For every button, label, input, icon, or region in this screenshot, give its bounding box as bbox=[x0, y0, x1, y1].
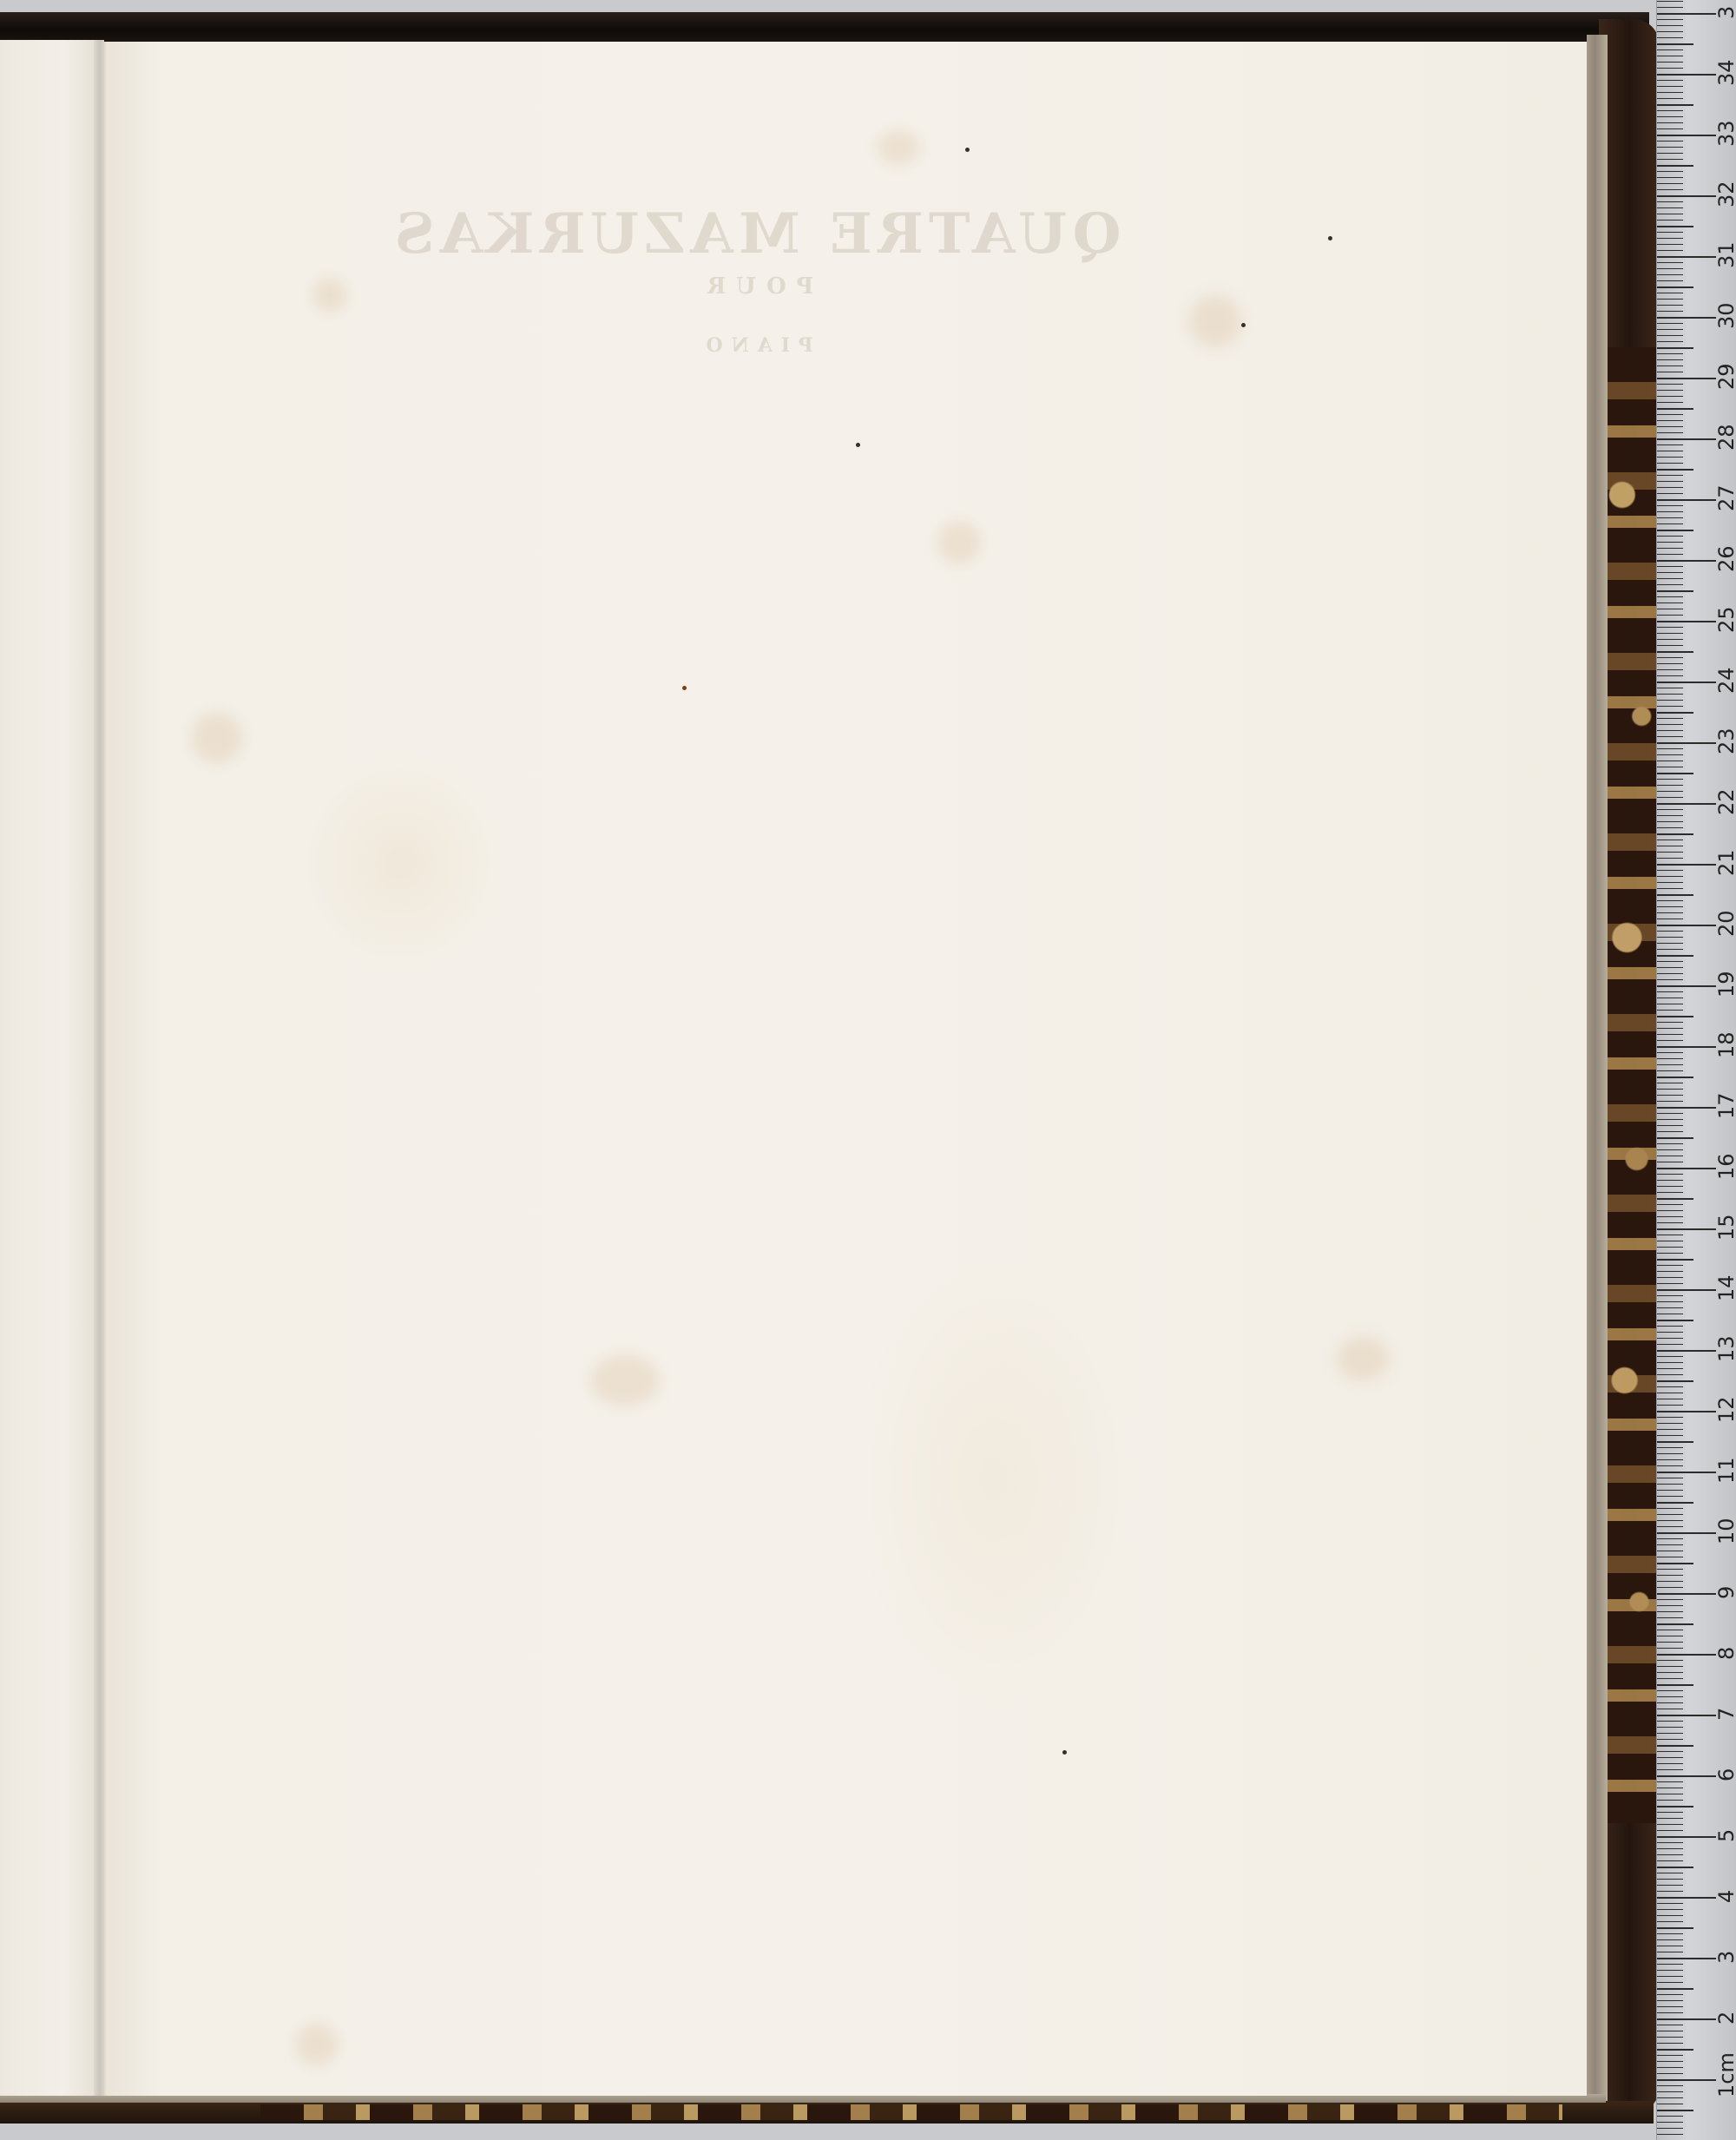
ruler-tick bbox=[1657, 1441, 1693, 1443]
ruler-tick bbox=[1657, 1988, 1693, 1990]
ruler-tick bbox=[1657, 335, 1683, 336]
ruler-tick bbox=[1657, 596, 1683, 597]
ruler-tick bbox=[1657, 949, 1683, 950]
ruler-tick bbox=[1657, 80, 1683, 81]
book-scan: QUATRE MAZURKAS POUR PIANO 1cm2345678910… bbox=[0, 0, 1736, 2140]
ruler-tick bbox=[1657, 530, 1693, 531]
ruler-tick bbox=[1657, 311, 1683, 312]
ruler-tick bbox=[1657, 1186, 1683, 1187]
ruler-tick bbox=[1657, 1453, 1683, 1454]
ruler-tick bbox=[1657, 2091, 1683, 2092]
ruler-tick bbox=[1657, 7, 1683, 8]
ruler-tick bbox=[1657, 1149, 1683, 1150]
ruler-tick bbox=[1657, 1788, 1683, 1788]
ruler-tick bbox=[1657, 1563, 1693, 1564]
ruler-tick bbox=[1657, 773, 1693, 774]
ruler-tick bbox=[1657, 122, 1683, 123]
ruler-tick bbox=[1657, 700, 1683, 701]
ruler-tick bbox=[1657, 1040, 1683, 1041]
ruler-label: 21 bbox=[1714, 849, 1736, 876]
ruler-tick bbox=[1657, 1733, 1683, 1734]
ruler-tick bbox=[1657, 1386, 1683, 1387]
ruler-tick bbox=[1657, 1077, 1693, 1078]
ruler-tick bbox=[1657, 414, 1683, 415]
speck bbox=[1241, 323, 1246, 327]
ruler-tick bbox=[1657, 2067, 1683, 2068]
ruler-tick bbox=[1657, 1168, 1716, 1169]
ruler-label: 33 bbox=[1714, 120, 1736, 147]
ruler-tick bbox=[1657, 1909, 1683, 1910]
ruler-tick bbox=[1657, 1046, 1716, 1048]
ruler-tick bbox=[1657, 329, 1683, 330]
ruler-tick bbox=[1657, 1599, 1683, 1600]
ruler-tick bbox=[1657, 663, 1683, 664]
ruler-tick bbox=[1657, 1204, 1683, 1205]
ruler-label: 1cm bbox=[1714, 2052, 1736, 2097]
ruler-label: 18 bbox=[1714, 1031, 1736, 1058]
ruler-tick bbox=[1657, 1338, 1683, 1339]
ruler-tick bbox=[1657, 1751, 1683, 1752]
ruler-tick bbox=[1657, 384, 1683, 385]
ruler-tick bbox=[1657, 1235, 1683, 1235]
ruler-tick bbox=[1657, 864, 1716, 866]
ruler-tick bbox=[1657, 299, 1683, 300]
ruler-tick bbox=[1657, 1690, 1683, 1691]
ruler-tick bbox=[1657, 1812, 1683, 1813]
ruler-tick bbox=[1657, 1958, 1716, 1959]
ruler-tick bbox=[1657, 1380, 1693, 1382]
bottom-cover-marbling bbox=[260, 2104, 1562, 2120]
ruler-tick bbox=[1657, 2025, 1683, 2025]
ruler-label: 31 bbox=[1714, 241, 1736, 268]
ruler-tick bbox=[1657, 821, 1683, 822]
ruler-tick bbox=[1657, 1970, 1683, 1971]
ruler-tick bbox=[1657, 955, 1693, 957]
ruler-label: 14 bbox=[1714, 1274, 1736, 1301]
foxing-stain bbox=[312, 278, 347, 313]
ruler-tick bbox=[1657, 919, 1683, 919]
ruler-tick bbox=[1657, 1052, 1683, 1053]
right-cover-marbling bbox=[1608, 347, 1656, 1823]
ruler-label: 29 bbox=[1714, 363, 1736, 390]
ruler-tick bbox=[1657, 1976, 1683, 1977]
ruler-tick bbox=[1657, 785, 1683, 786]
ruler-tick bbox=[1657, 1162, 1683, 1162]
ruler-tick bbox=[1657, 1630, 1683, 1630]
ruler-tick bbox=[1657, 1672, 1683, 1673]
ruler-tick bbox=[1657, 645, 1683, 646]
ruler-tick bbox=[1657, 1259, 1693, 1261]
ruler-tick bbox=[1657, 991, 1683, 992]
ruler-tick bbox=[1657, 1526, 1683, 1527]
ruler-label: 30 bbox=[1714, 302, 1736, 329]
ruler-tick bbox=[1657, 1034, 1683, 1035]
ruler-tick bbox=[1657, 1921, 1683, 1922]
ruler-tick bbox=[1657, 542, 1683, 543]
ruler-tick bbox=[1657, 408, 1693, 410]
ruler-tick bbox=[1657, 1484, 1683, 1485]
ruler-tick bbox=[1657, 1514, 1683, 1515]
ruler-tick bbox=[1657, 1885, 1683, 1886]
ruler-label: 23 bbox=[1714, 728, 1736, 754]
ruler-tick bbox=[1657, 1429, 1683, 1430]
ruler-tick bbox=[1657, 846, 1683, 846]
ruler-tick bbox=[1657, 378, 1716, 379]
ruler-tick bbox=[1657, 1581, 1683, 1582]
ruler-tick bbox=[1657, 943, 1683, 944]
ruler-tick bbox=[1657, 1459, 1683, 1460]
ruler-tick bbox=[1657, 809, 1683, 810]
ruler-tick bbox=[1657, 1350, 1716, 1352]
page-edges-right bbox=[1587, 35, 1608, 2110]
ruler-tick bbox=[1657, 1472, 1716, 1473]
ruler-tick bbox=[1657, 1022, 1683, 1023]
ruler-label: 4 bbox=[1714, 1890, 1736, 1903]
ruler-tick bbox=[1657, 1064, 1683, 1065]
ruler-tick bbox=[1657, 171, 1683, 172]
ruler-tick bbox=[1657, 104, 1693, 106]
ruler-tick bbox=[1657, 1903, 1683, 1904]
ruler-tick bbox=[1657, 396, 1683, 397]
ruler-tick bbox=[1657, 767, 1683, 767]
ruler-tick bbox=[1657, 688, 1683, 688]
ruler-tick bbox=[1657, 1739, 1683, 1740]
ruler-tick bbox=[1657, 1119, 1683, 1120]
ruler-tick bbox=[1657, 86, 1683, 87]
ruler-tick bbox=[1657, 675, 1683, 676]
ruler-tick bbox=[1657, 1794, 1683, 1794]
ruler-tick bbox=[1657, 74, 1716, 76]
ruler-tick bbox=[1657, 43, 1693, 45]
ruler-tick bbox=[1657, 365, 1683, 366]
ruler-tick bbox=[1657, 1623, 1693, 1625]
ruler-tick bbox=[1657, 323, 1683, 324]
ruler-tick bbox=[1657, 2079, 1716, 2081]
ruler-tick bbox=[1657, 517, 1683, 518]
ruler-tick bbox=[1657, 1763, 1683, 1764]
ruler-tick bbox=[1657, 2128, 1683, 2129]
ruler-tick bbox=[1657, 420, 1683, 421]
ruler-label: 13 bbox=[1714, 1335, 1736, 1362]
ruler-tick bbox=[1657, 31, 1683, 32]
ruler-tick bbox=[1657, 511, 1683, 512]
ruler-tick bbox=[1657, 177, 1683, 178]
ruler-tick bbox=[1657, 1101, 1683, 1102]
ruler-tick bbox=[1657, 1952, 1683, 1952]
ruler-tick bbox=[1657, 1107, 1716, 1109]
ruler-tick bbox=[1657, 1891, 1683, 1892]
ruler-tick bbox=[1657, 2116, 1683, 2117]
ruler-tick bbox=[1657, 1222, 1683, 1223]
ruler-tick bbox=[1657, 2097, 1683, 2098]
ruler-tick bbox=[1657, 183, 1683, 184]
ruler-tick bbox=[1657, 1490, 1683, 1491]
ruler-tick bbox=[1657, 1277, 1683, 1278]
foxing-stain bbox=[1189, 295, 1241, 347]
ruler-tick bbox=[1657, 505, 1683, 506]
ruler-tick bbox=[1657, 286, 1693, 288]
ruler-tick bbox=[1657, 1465, 1683, 1466]
ruler-tick bbox=[1657, 1314, 1683, 1314]
ruler-tick bbox=[1657, 195, 1716, 197]
ruler-tick bbox=[1657, 1617, 1683, 1618]
ruler-tick bbox=[1657, 961, 1683, 962]
ruler-tick bbox=[1657, 189, 1683, 190]
ruler-label: 19 bbox=[1714, 971, 1736, 998]
ruler-tick bbox=[1657, 1721, 1683, 1722]
ruler-tick bbox=[1657, 1447, 1683, 1448]
ruler-tick bbox=[1657, 797, 1683, 798]
ruler-tick bbox=[1657, 1216, 1683, 1217]
ruler-tick bbox=[1657, 1836, 1716, 1838]
ruler-tick bbox=[1657, 852, 1683, 853]
ruler-tick bbox=[1657, 469, 1693, 471]
ruler-tick bbox=[1657, 2000, 1683, 2001]
ruler-tick bbox=[1657, 1478, 1683, 1478]
ruler-tick bbox=[1657, 451, 1683, 451]
ruler-label: 11 bbox=[1714, 1457, 1736, 1484]
ruler-tick bbox=[1657, 858, 1683, 859]
ruler-tick bbox=[1657, 1593, 1716, 1595]
ruler-tick bbox=[1657, 791, 1683, 792]
ruler-tick bbox=[1657, 2031, 1683, 2031]
ruler-tick bbox=[1657, 1143, 1683, 1144]
ruler-tick bbox=[1657, 2122, 1683, 2123]
ruler-tick bbox=[1657, 1605, 1683, 1606]
gutter bbox=[94, 40, 106, 2096]
ruler-tick bbox=[1657, 438, 1716, 440]
ruler-tick bbox=[1657, 98, 1683, 99]
ruler-label: 22 bbox=[1714, 788, 1736, 815]
ruler-tick bbox=[1657, 238, 1683, 239]
ruler-tick bbox=[1657, 609, 1683, 609]
ruler-tick bbox=[1657, 1113, 1683, 1114]
ruler-label: 28 bbox=[1714, 424, 1736, 451]
ruler-label: 7 bbox=[1714, 1708, 1736, 1721]
ruler-tick bbox=[1657, 1070, 1683, 1071]
ruler-tick bbox=[1657, 2055, 1683, 2056]
ruler-tick bbox=[1657, 840, 1683, 840]
ruler-tick bbox=[1657, 475, 1683, 476]
ruler-tick bbox=[1657, 153, 1683, 154]
ruler-tick bbox=[1657, 1004, 1683, 1004]
ruler-tick bbox=[1657, 25, 1683, 26]
ruler-tick bbox=[1657, 244, 1683, 245]
ruler-tick bbox=[1657, 1830, 1683, 1831]
ruler-tick bbox=[1657, 2134, 1683, 2135]
ruler-tick bbox=[1657, 1867, 1693, 1868]
ruler-tick bbox=[1657, 1933, 1683, 1934]
ruler-tick bbox=[1657, 730, 1683, 731]
ruler-label: 26 bbox=[1714, 545, 1736, 572]
ruler-tick bbox=[1657, 815, 1683, 816]
ruler-tick bbox=[1657, 1289, 1716, 1291]
ruler-tick bbox=[1657, 49, 1683, 50]
ruler-tick bbox=[1657, 1544, 1683, 1545]
ruler-tick bbox=[1657, 1532, 1716, 1534]
ruler-label: 20 bbox=[1714, 910, 1736, 937]
ruler-tick bbox=[1657, 1654, 1716, 1656]
ruler-tick bbox=[1657, 1745, 1693, 1747]
ruler-tick bbox=[1657, 2043, 1683, 2044]
ruler-tick bbox=[1657, 92, 1683, 93]
ruler-tick bbox=[1657, 651, 1693, 653]
foxing-stain bbox=[295, 2023, 339, 2066]
ruler-tick bbox=[1657, 1496, 1683, 1497]
ruler-label: 15 bbox=[1714, 1214, 1736, 1241]
ruler-tick bbox=[1657, 554, 1683, 555]
ruler-tick bbox=[1657, 1368, 1683, 1369]
ruler-tick bbox=[1657, 1575, 1683, 1576]
ruler-label: 5 bbox=[1714, 1829, 1736, 1842]
ruler-tick bbox=[1657, 1648, 1683, 1649]
ruler-label: 6 bbox=[1714, 1768, 1736, 1781]
ruler-tick bbox=[1657, 1508, 1683, 1509]
ruler-tick bbox=[1657, 639, 1683, 640]
ruler-tick bbox=[1657, 1253, 1683, 1254]
ruler-label: 25 bbox=[1714, 606, 1736, 633]
ruler-tick bbox=[1657, 536, 1683, 537]
top-board-edge bbox=[0, 12, 1649, 43]
ruler-tick bbox=[1657, 560, 1716, 562]
ruler-tick bbox=[1657, 390, 1683, 391]
ruler-tick bbox=[1657, 487, 1683, 488]
ruler-tick bbox=[1657, 220, 1683, 221]
foxing-stain bbox=[191, 712, 243, 764]
speck bbox=[1328, 236, 1332, 240]
ruler-tick bbox=[1657, 56, 1683, 56]
ruler-tick bbox=[1657, 1405, 1683, 1406]
ruler-tick bbox=[1657, 493, 1683, 494]
ruler-label: 27 bbox=[1714, 484, 1736, 511]
ruler-tick bbox=[1657, 1399, 1683, 1399]
ruler-tick bbox=[1657, 1417, 1683, 1418]
speck bbox=[682, 686, 687, 690]
ruler-tick bbox=[1657, 1198, 1693, 1200]
foxing-stain bbox=[1337, 1337, 1389, 1380]
ruler-tick bbox=[1657, 2061, 1683, 2062]
ruler-label: 34 bbox=[1714, 59, 1736, 86]
ruler-tick bbox=[1657, 2073, 1683, 2074]
ruler-tick bbox=[1657, 712, 1693, 714]
ruler-tick bbox=[1657, 1678, 1683, 1679]
ruler-tick bbox=[1657, 444, 1683, 445]
ruler-tick bbox=[1657, 1435, 1683, 1436]
ruler-tick bbox=[1657, 1781, 1683, 1782]
ruler-tick bbox=[1657, 1715, 1716, 1716]
ruler-tick bbox=[1657, 2049, 1693, 2051]
ruler-tick bbox=[1657, 1320, 1693, 1321]
left-page bbox=[0, 40, 104, 2096]
ruler-tick bbox=[1657, 1083, 1683, 1083]
ruler-tick bbox=[1657, 1089, 1683, 1090]
ruler-tick bbox=[1657, 833, 1693, 835]
ruler-tick bbox=[1657, 973, 1683, 974]
ruler-tick bbox=[1657, 1295, 1683, 1296]
ruler-tick bbox=[1657, 1016, 1693, 1017]
ruler-tick bbox=[1657, 1557, 1683, 1557]
right-page bbox=[104, 42, 1587, 2096]
ruler-tick bbox=[1657, 1800, 1683, 1801]
ruler-label: 3 bbox=[1714, 6, 1736, 19]
ruler-label: 10 bbox=[1714, 1518, 1736, 1544]
ruler-tick bbox=[1657, 1137, 1693, 1139]
ruler-tick bbox=[1657, 347, 1693, 349]
ruler-tick bbox=[1657, 1769, 1683, 1770]
ruler-tick bbox=[1657, 742, 1716, 744]
ruler-tick bbox=[1657, 13, 1716, 15]
ruler-tick bbox=[1657, 900, 1683, 901]
ruler-tick bbox=[1657, 1344, 1683, 1345]
ruler-tick bbox=[1657, 876, 1683, 877]
ruler-tick bbox=[1657, 432, 1683, 433]
speck bbox=[1062, 1750, 1067, 1755]
ruler-label: 8 bbox=[1714, 1647, 1736, 1660]
ruler-tick bbox=[1657, 1028, 1683, 1029]
ruler-tick bbox=[1657, 426, 1683, 427]
ruler-tick bbox=[1657, 207, 1683, 208]
ruler-tick bbox=[1657, 37, 1683, 38]
ruler-label: 17 bbox=[1714, 1092, 1736, 1119]
ruler-label: 2 bbox=[1714, 2012, 1736, 2025]
ruler-tick bbox=[1657, 590, 1693, 592]
ruler-tick bbox=[1657, 1915, 1683, 1916]
ruler-tick bbox=[1657, 1174, 1683, 1175]
ruler-tick bbox=[1657, 669, 1683, 670]
ruler-tick bbox=[1657, 317, 1716, 319]
ruler-tick bbox=[1657, 372, 1683, 372]
ruler-tick bbox=[1657, 694, 1683, 695]
ruler-tick bbox=[1657, 1946, 1683, 1946]
ruler-tick bbox=[1657, 1332, 1683, 1333]
ruler-tick bbox=[1657, 481, 1683, 482]
ruler-tick bbox=[1657, 633, 1683, 634]
ruler-tick bbox=[1657, 19, 1683, 20]
ruler-tick bbox=[1657, 1125, 1683, 1126]
ruler-tick bbox=[1657, 250, 1683, 251]
ruler-tick bbox=[1657, 1520, 1683, 1521]
ruler-tick bbox=[1657, 135, 1716, 136]
ruler-tick bbox=[1657, 888, 1683, 889]
foxing-stain bbox=[937, 521, 981, 564]
ruler-tick bbox=[1657, 2104, 1683, 2104]
ruler-tick bbox=[1657, 1587, 1683, 1588]
ruler-tick bbox=[1657, 1301, 1683, 1302]
ruler-tick bbox=[1657, 463, 1683, 464]
ruler-tick bbox=[1657, 1611, 1683, 1612]
speck bbox=[856, 443, 860, 447]
ruler-label: 9 bbox=[1714, 1586, 1736, 1599]
ruler-tick bbox=[1657, 985, 1716, 987]
ruler-tick bbox=[1657, 1180, 1683, 1181]
ruler-tick bbox=[1657, 1775, 1716, 1777]
ruler-tick bbox=[1657, 882, 1683, 883]
ruler-tick bbox=[1657, 615, 1683, 616]
foxing-stain bbox=[877, 130, 920, 165]
ruler-tick bbox=[1657, 724, 1683, 725]
ruler-tick bbox=[1657, 1727, 1683, 1728]
ruler-tick bbox=[1657, 1538, 1683, 1539]
ruler-tick bbox=[1657, 1897, 1716, 1899]
ruler-tick bbox=[1657, 1642, 1683, 1643]
ruler-tick bbox=[1657, 572, 1683, 573]
ruler-tick bbox=[1657, 1265, 1683, 1266]
ruler-tick bbox=[1657, 2085, 1683, 2086]
ruler-tick bbox=[1657, 566, 1683, 567]
ruler-tick bbox=[1657, 62, 1683, 63]
ruler-tick bbox=[1657, 2018, 1716, 2020]
ruler-tick bbox=[1657, 1848, 1683, 1849]
